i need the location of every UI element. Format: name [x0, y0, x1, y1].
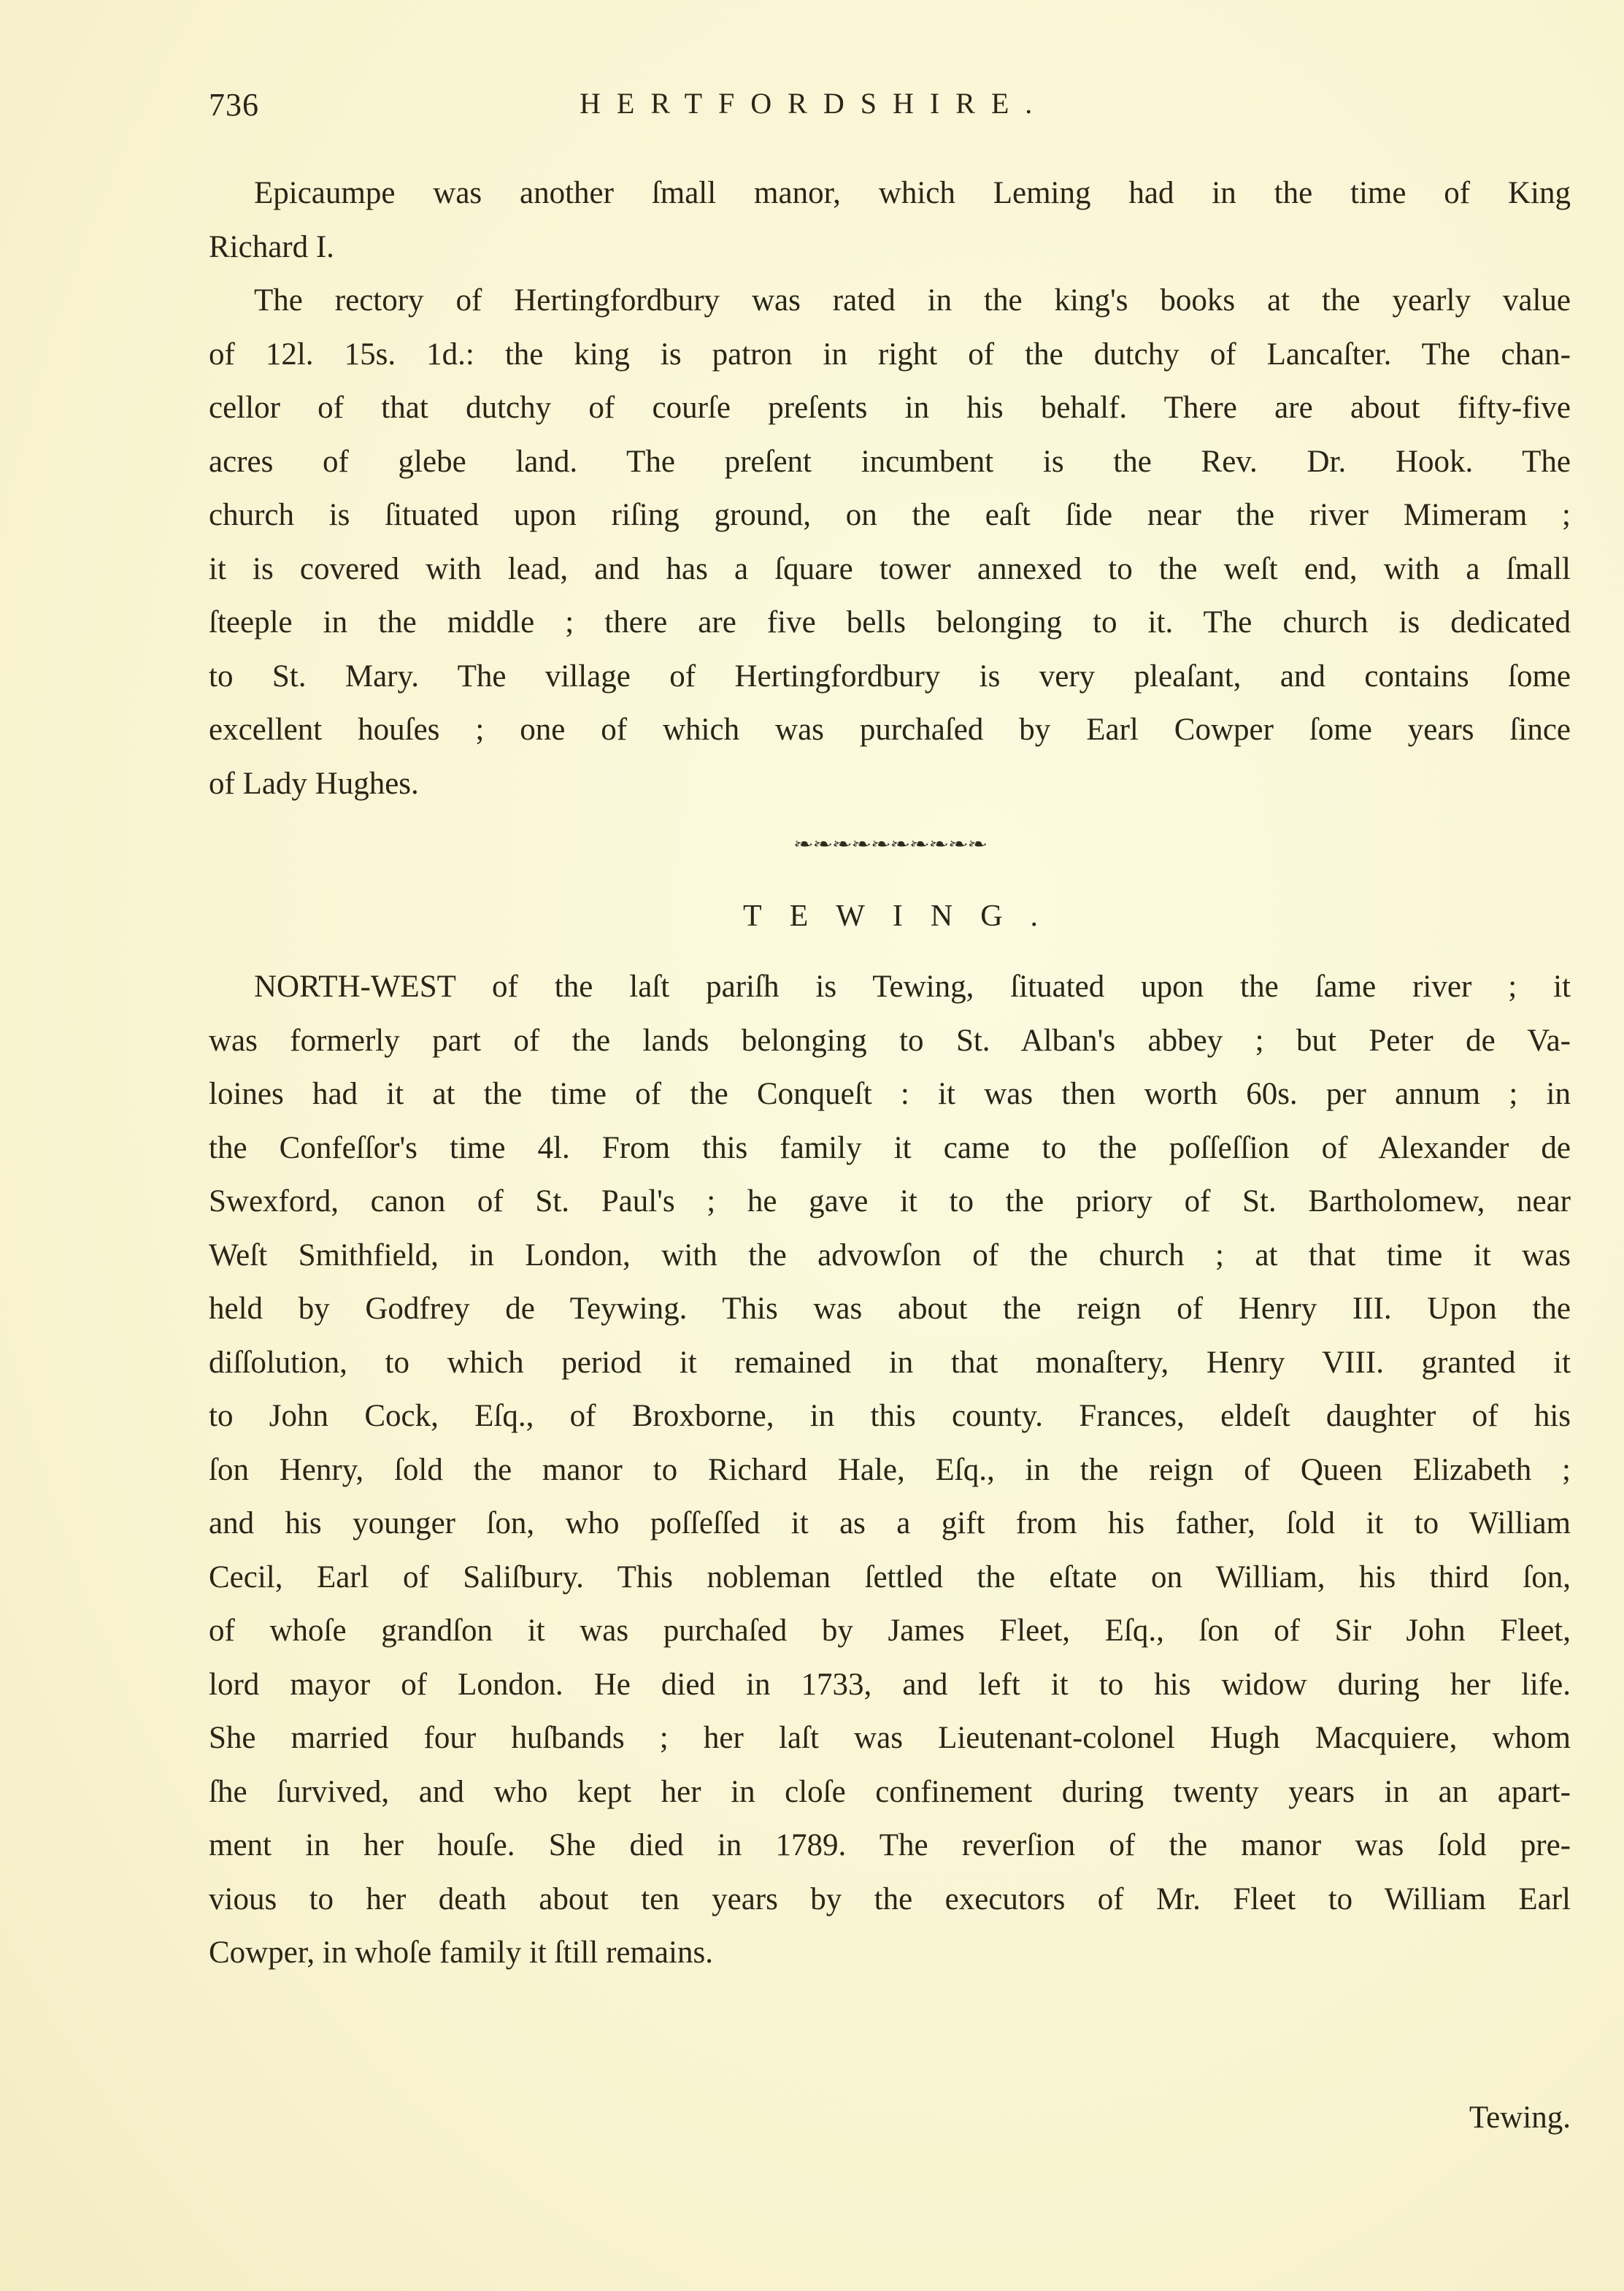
- text-line: excellent houſes ; one of which was purc…: [209, 703, 1571, 757]
- catchword: Tewing.: [1469, 2100, 1571, 2135]
- text-line: cellor of that dutchy of courſe preſents…: [209, 381, 1571, 435]
- text-line: vious to her death about ten years by th…: [209, 1873, 1571, 1927]
- text-line: of whoſe grandſon it was purchaſed by Ja…: [209, 1604, 1571, 1658]
- text-line: ſon Henry, ſold the manor to Richard Hal…: [209, 1443, 1571, 1497]
- text-line: ſhe ſurvived, and who kept her in cloſe …: [209, 1765, 1571, 1819]
- paragraph-epicaumpe: Epicaumpe was another ſmall manor, which…: [209, 166, 1571, 274]
- paragraph-rectory: The rectory of Hertingfordbury was rated…: [209, 274, 1571, 810]
- text-line: to John Cock, Eſq., of Broxborne, in thi…: [209, 1389, 1571, 1443]
- body-text: Epicaumpe was another ſmall manor, which…: [209, 166, 1571, 1980]
- text-line: was formerly part of the lands belonging…: [209, 1014, 1571, 1068]
- text-line: diſſolution, to which period it remained…: [209, 1336, 1571, 1390]
- text-line: acres of glebe land. The preſent incumbe…: [209, 435, 1571, 489]
- text-line: of 12l. 15s. 1d.: the king is patron in …: [209, 328, 1571, 382]
- section-heading: TEWING.: [209, 883, 1571, 960]
- text-line: Weſt Smithfield, in London, with the adv…: [209, 1229, 1571, 1283]
- text-line: Richard I.: [209, 220, 1571, 275]
- text-line: She married four huſbands ; her laſt was…: [209, 1711, 1571, 1765]
- text-line: ſteeple in the middle ; there are five b…: [209, 596, 1571, 650]
- text-line: Cowper, in whoſe family it ſtill remains…: [209, 1926, 1571, 1980]
- text-line: and his younger ſon, who poſſeſſed it as…: [209, 1497, 1571, 1551]
- text-line: church is ſituated upon riſing ground, o…: [209, 488, 1571, 542]
- ornament-divider: ❧❧❧❧❧❧❧❧❧❧: [209, 825, 1571, 869]
- page-header: 736 HERTFORDSHIRE.: [209, 86, 1571, 137]
- text-line: lord mayor of London. He died in 1733, a…: [209, 1658, 1571, 1712]
- text-line: The rectory of Hertingfordbury was rated…: [209, 274, 1571, 328]
- text-line: NORTH-WEST of the laſt pariſh is Tewing,…: [209, 960, 1571, 1014]
- text-line: it is covered with lead, and has a ſquar…: [209, 542, 1571, 596]
- text-line: ment in her houſe. She died in 1789. The…: [209, 1819, 1571, 1873]
- text-line: of Lady Hughes.: [209, 757, 1571, 811]
- text-line: the Confeſſor's time 4l. From this famil…: [209, 1121, 1571, 1175]
- text-line: to St. Mary. The village of Hertingfordb…: [209, 650, 1571, 704]
- text-line: Swexford, canon of St. Paul's ; he gave …: [209, 1175, 1571, 1229]
- text-line: Epicaumpe was another ſmall manor, which…: [209, 166, 1571, 220]
- page-number: 736: [209, 86, 259, 123]
- running-title: HERTFORDSHIRE.: [580, 86, 1048, 120]
- text-line: held by Godfrey de Teywing. This was abo…: [209, 1282, 1571, 1336]
- text-line: Cecil, Earl of Saliſbury. This nobleman …: [209, 1551, 1571, 1605]
- text-line: loines had it at the time of the Conqueſ…: [209, 1067, 1571, 1121]
- paragraph-tewing: NORTH-WEST of the laſt pariſh is Tewing,…: [209, 960, 1571, 1980]
